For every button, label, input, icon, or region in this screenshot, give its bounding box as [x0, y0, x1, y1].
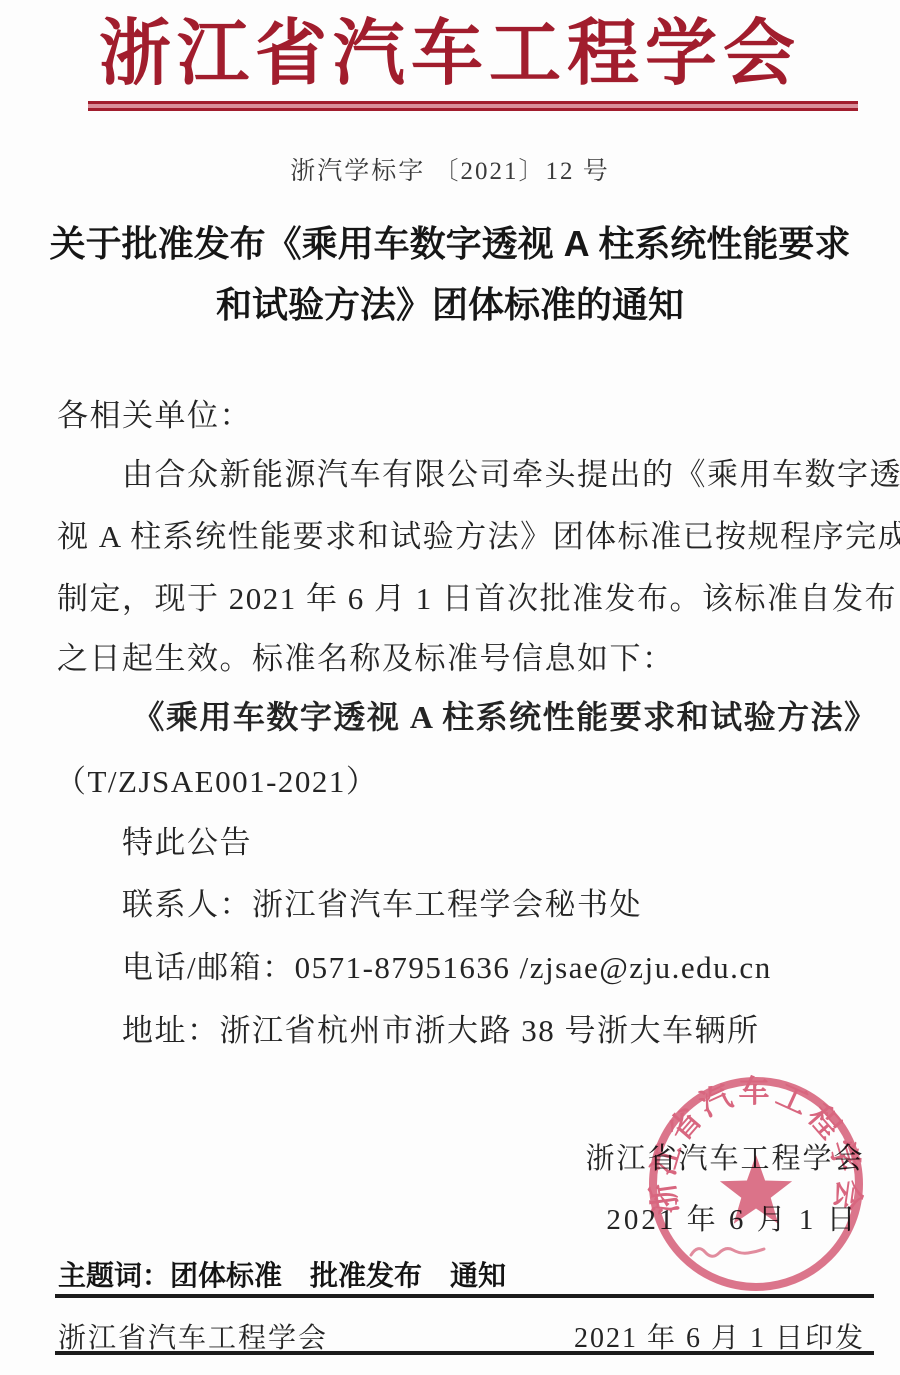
contact-line: 联系人：浙江省汽车工程学会秘书处 — [122, 885, 642, 925]
red-separator-rule — [88, 101, 858, 111]
official-seal-stamp: 浙江省汽车工程学会 — [645, 1073, 867, 1295]
footer-separator-line-top — [55, 1294, 874, 1298]
notice-title-line2: 和试验方法》团体标准的通知 — [0, 274, 900, 335]
subject-keywords-row: 主题词：团体标准 批准发布 通知 — [58, 1254, 506, 1294]
paragraph-line-4: 之日起生效。标准名称及标准号信息如下： — [57, 639, 675, 679]
paragraph-line-2: 视 A 柱系统性能要求和试验方法》团体标准已按规程序完成 — [57, 517, 900, 557]
phone-email-line: 电话/邮箱：0571-87951636 /zjsae@zju.edu.cn — [122, 948, 772, 988]
notice-title-line1: 关于批准发布《乘用车数字透视 A 柱系统性能要求 — [0, 213, 900, 274]
official-notice-document: 浙江省汽车工程学会 浙汽学标字 〔2021〕12 号 关于批准发布《乘用车数字透… — [0, 0, 900, 1375]
subject-keywords-value: 团体标准 批准发布 通知 — [170, 1260, 506, 1291]
footer-print-date: 2021 年 6 月 1 日印发 — [574, 1316, 865, 1356]
footer-separator-line-bottom — [55, 1351, 874, 1355]
red-header-org-title: 浙江省汽车工程学会 — [0, 8, 900, 100]
footer-issuer: 浙江省汽车工程学会 — [58, 1316, 328, 1356]
document-number: 浙汽学标字 〔2021〕12 号 — [0, 155, 900, 189]
closing-phrase: 特此公告 — [122, 823, 252, 863]
standard-name: 《乘用车数字透视 A 柱系统性能要求和试验方法》 — [110, 697, 900, 737]
seal-scribble — [691, 1249, 764, 1257]
salutation: 各相关单位： — [57, 396, 252, 436]
standard-code: （T/ZJSAE001-2021） — [55, 762, 378, 802]
address-line: 地址：浙江省杭州市浙大路 38 号浙大车辆所 — [122, 1011, 760, 1051]
subject-keywords-label: 主题词： — [58, 1260, 170, 1291]
notice-title: 关于批准发布《乘用车数字透视 A 柱系统性能要求 和试验方法》团体标准的通知 — [0, 213, 900, 335]
footer-row: 浙江省汽车工程学会 2021 年 6 月 1 日印发 — [58, 1316, 865, 1356]
paragraph-line-1: 由合众新能源汽车有限公司牵头提出的《乘用车数字透 — [122, 455, 900, 495]
seal-star-icon — [720, 1155, 792, 1224]
paragraph-line-3: 制定，现于 2021 年 6 月 1 日首次批准发布。该标准自发布 — [57, 579, 897, 619]
